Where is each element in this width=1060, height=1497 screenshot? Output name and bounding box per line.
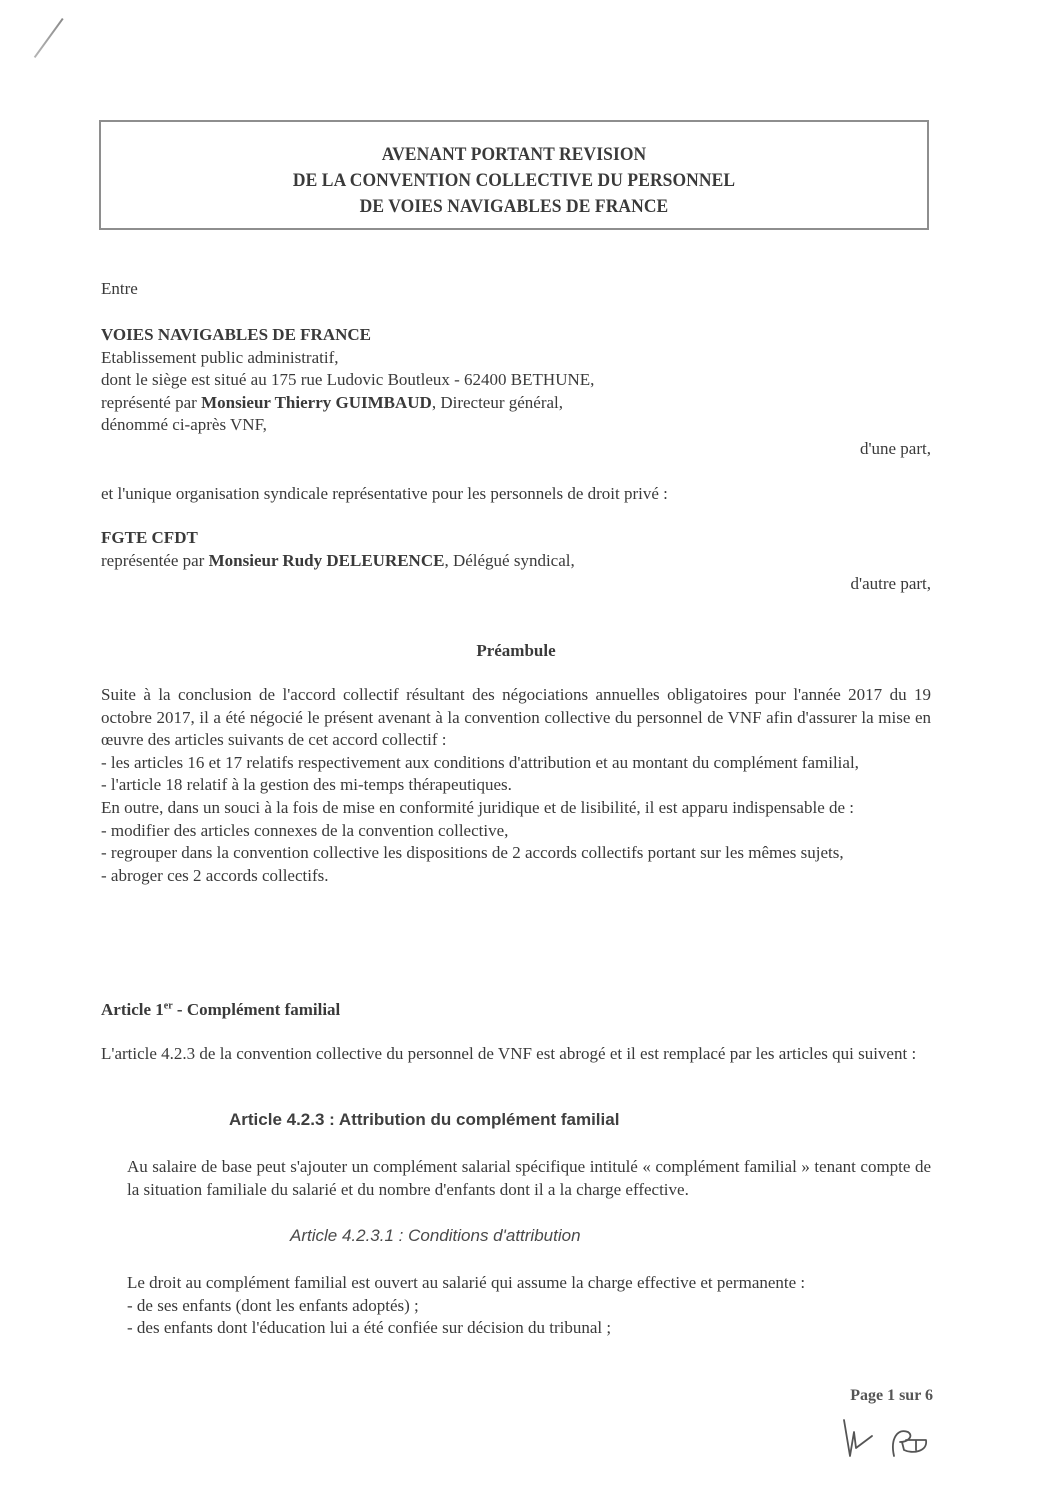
- preamble-bullet: - l'article 18 relatif à la gestion des …: [101, 774, 931, 797]
- party1-line4: dénommé ci-après VNF,: [101, 414, 931, 437]
- handwritten-initials-icon: [842, 1418, 942, 1460]
- preamble-bullet: - modifier des articles connexes de la c…: [101, 820, 931, 843]
- conditions-block: Le droit au complément familial est ouve…: [127, 1272, 931, 1340]
- conditions-intro: Le droit au complément familial est ouve…: [127, 1272, 931, 1295]
- union-intro: et l'unique organisation syndicale repré…: [101, 483, 931, 506]
- party1-block: VOIES NAVIGABLES DE FRANCE Etablissement…: [101, 324, 931, 437]
- article1-heading-suffix: - Complément familial: [173, 1000, 341, 1019]
- title-line-2: DE LA CONVENTION COLLECTIVE DU PERSONNEL: [134, 168, 894, 194]
- page-number: Page 1 sur 6: [850, 1387, 933, 1405]
- party2-line1-suffix: , Délégué syndical,: [444, 551, 574, 570]
- title-line-1: AVENANT PORTANT REVISION: [134, 142, 894, 168]
- preamble-body: Suite à la conclusion de l'accord collec…: [101, 684, 931, 887]
- title-box: AVENANT PORTANT REVISION DE LA CONVENTIO…: [99, 120, 929, 230]
- preamble-bullet: - regrouper dans la convention collectiv…: [101, 842, 931, 865]
- party1-line3-prefix: représenté par: [101, 393, 201, 412]
- pen-mark-icon: [34, 18, 64, 58]
- party1-line3: représenté par Monsieur Thierry GUIMBAUD…: [101, 392, 931, 415]
- party1-name: VOIES NAVIGABLES DE FRANCE: [101, 324, 931, 347]
- preamble-paragraph-2: En outre, dans un souci à la fois de mis…: [101, 797, 931, 820]
- condition-item: - de ses enfants (dont les enfants adopt…: [127, 1295, 931, 1318]
- condition-item: - des enfants dont l'éducation lui a été…: [127, 1317, 931, 1340]
- party1-line1: Etablissement public administratif,: [101, 347, 931, 370]
- preamble-paragraph-1: Suite à la conclusion de l'accord collec…: [101, 684, 931, 752]
- preamble-bullet: - abroger ces 2 accords collectifs.: [101, 865, 931, 888]
- party2-line1-prefix: représentée par: [101, 551, 209, 570]
- title-line-3: DE VOIES NAVIGABLES DE FRANCE: [134, 194, 894, 220]
- preamble-bullet: - les articles 16 et 17 relatifs respect…: [101, 752, 931, 775]
- preamble-heading: Préambule: [101, 640, 931, 663]
- party2-representative: Monsieur Rudy DELEURENCE: [209, 551, 445, 570]
- party1-line3-suffix: , Directeur général,: [432, 393, 563, 412]
- article-4-2-3-1-heading: Article 4.2.3.1 : Conditions d'attributi…: [290, 1226, 581, 1246]
- party2-line1: représentée par Monsieur Rudy DELEURENCE…: [101, 550, 931, 573]
- article1-heading-sup: er: [164, 1000, 173, 1011]
- party1-representative: Monsieur Thierry GUIMBAUD: [201, 393, 432, 412]
- party2-closing: d'autre part,: [851, 573, 931, 596]
- party1-closing: d'une part,: [860, 438, 931, 461]
- party2-name: FGTE CFDT: [101, 527, 931, 550]
- article1-heading-prefix: Article 1: [101, 1000, 164, 1019]
- party2-block: FGTE CFDT représentée par Monsieur Rudy …: [101, 527, 931, 572]
- article1-heading: Article 1er - Complément familial: [101, 999, 931, 1022]
- intro-text: Entre: [101, 278, 931, 301]
- party1-line2: dont le siège est situé au 175 rue Ludov…: [101, 369, 931, 392]
- article-4-2-3-paragraph: Au salaire de base peut s'ajouter un com…: [127, 1156, 931, 1201]
- article1-paragraph: L'article 4.2.3 de la convention collect…: [101, 1043, 931, 1066]
- article-4-2-3-heading: Article 4.2.3 : Attribution du complémen…: [229, 1110, 619, 1130]
